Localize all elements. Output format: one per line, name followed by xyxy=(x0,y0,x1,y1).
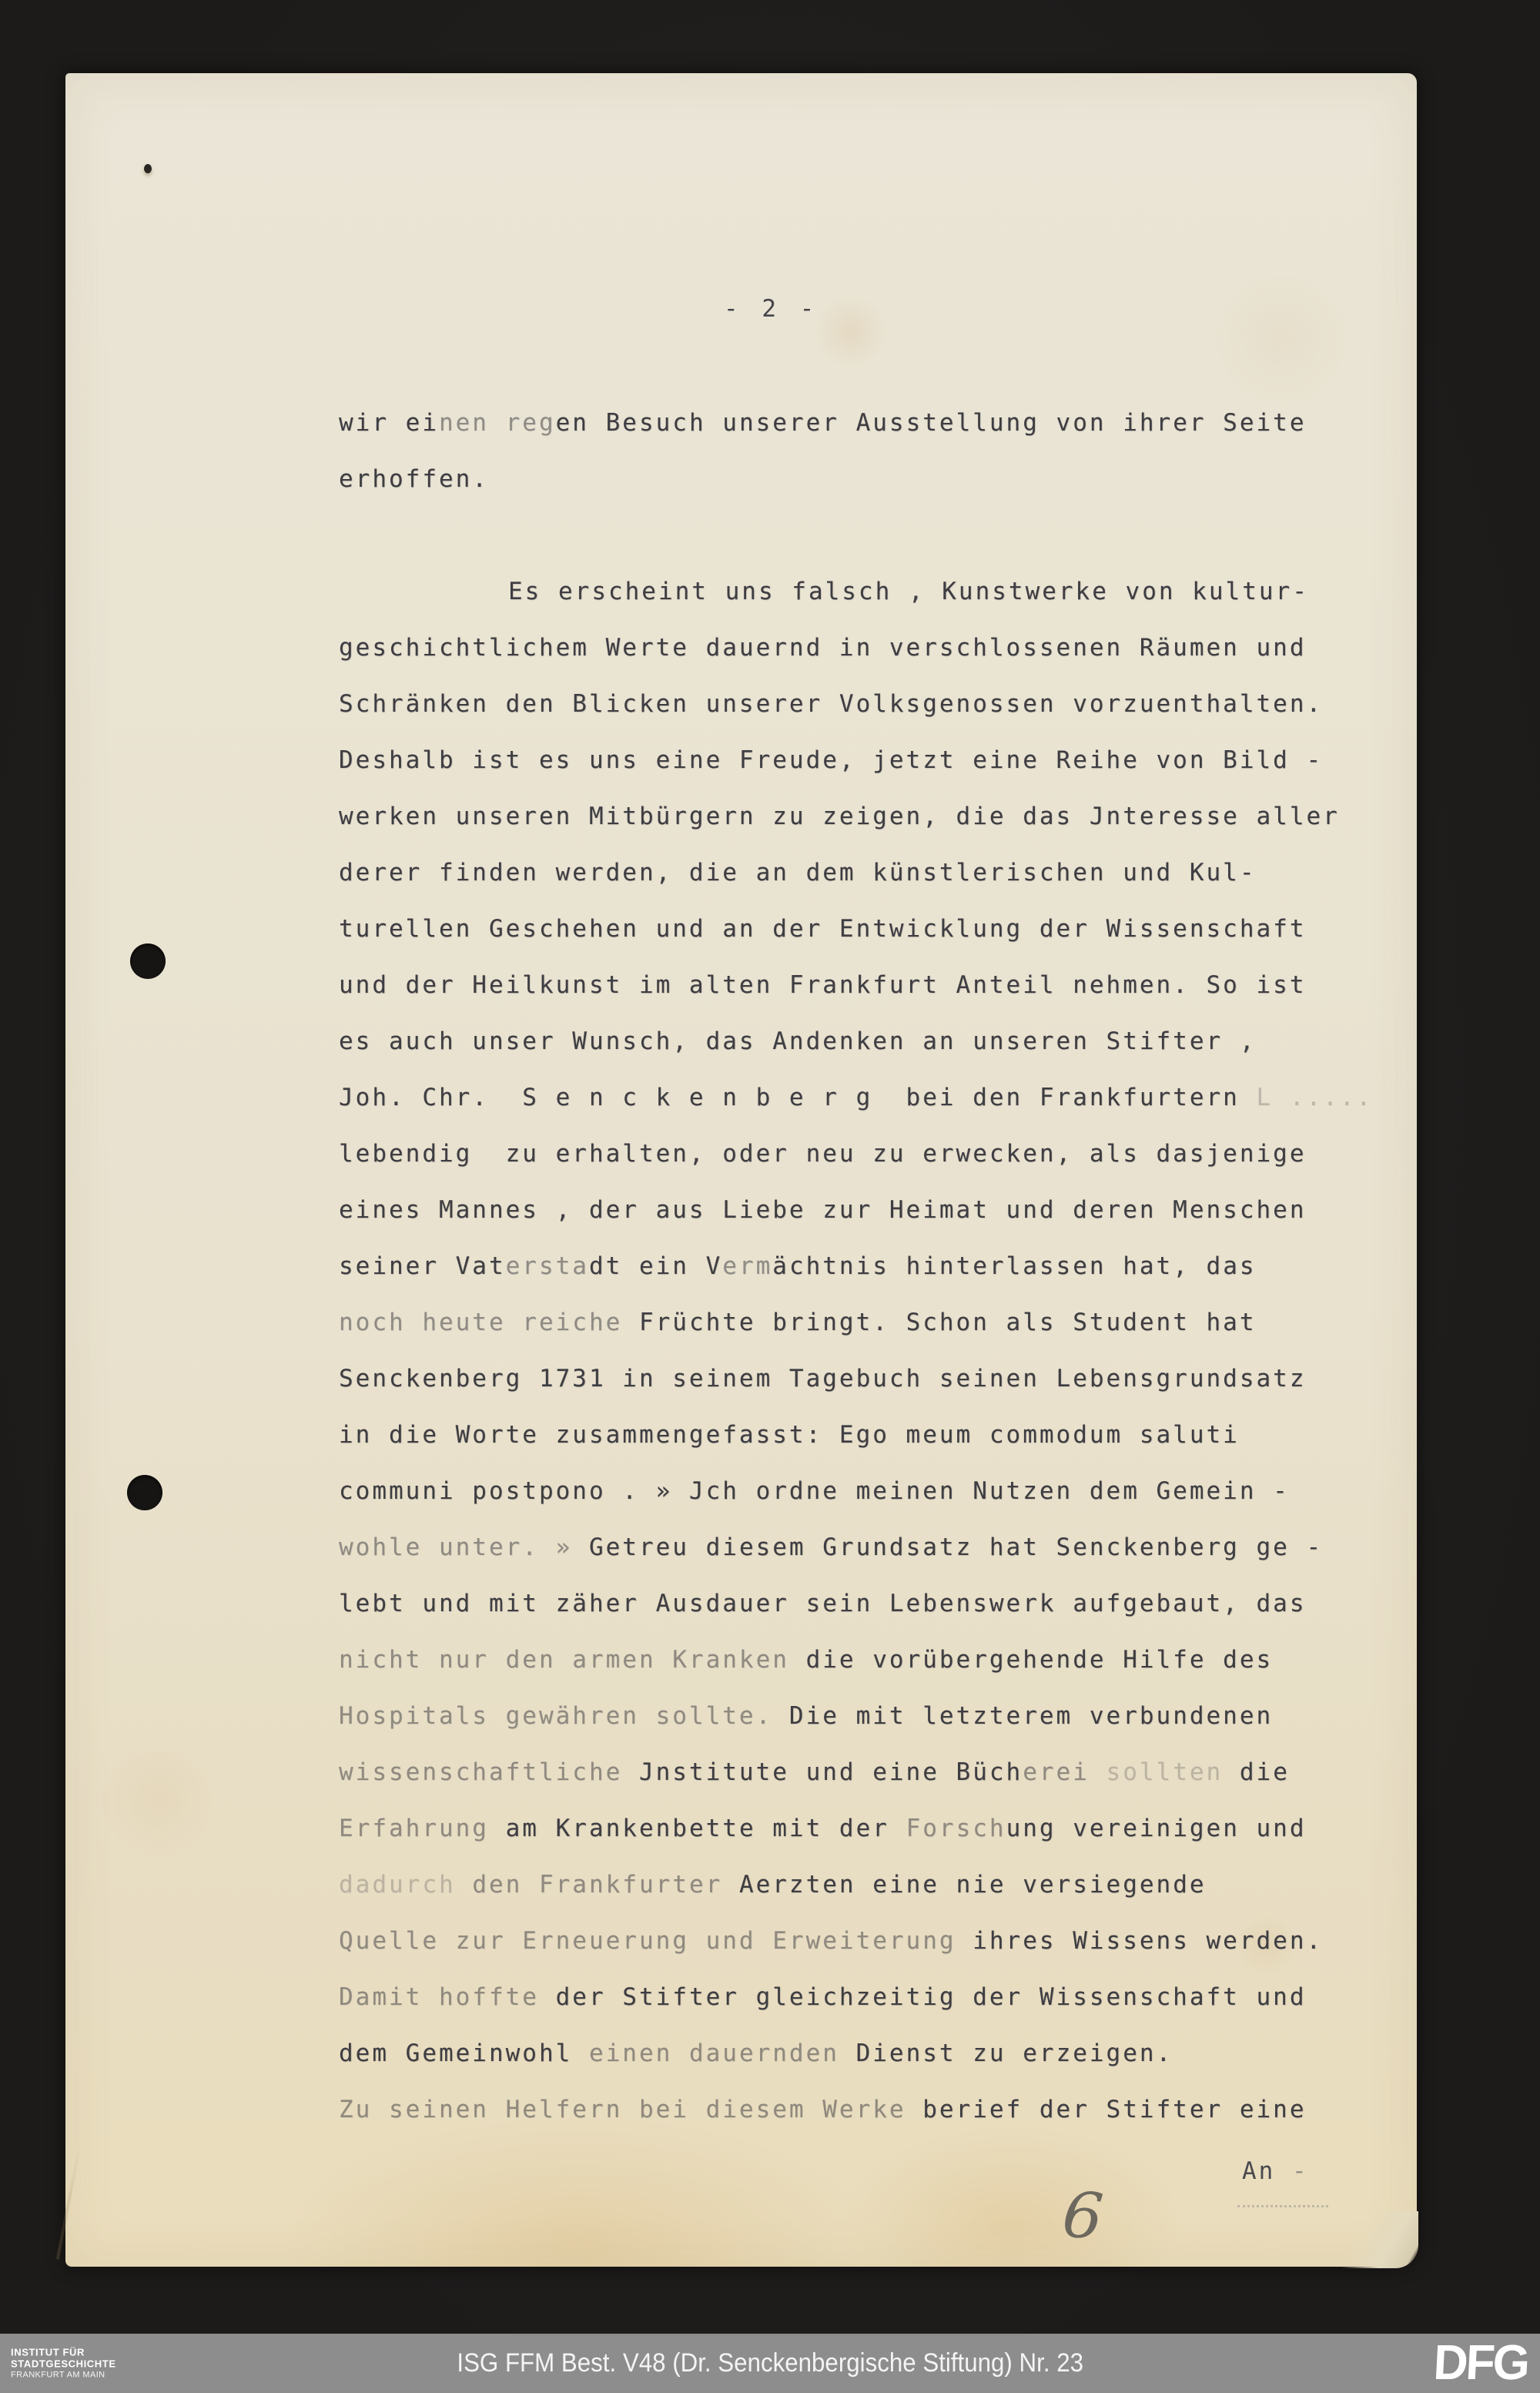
text-segment: Dienst zu erzeigen. xyxy=(839,2039,1173,2067)
catchword-dash: - xyxy=(1275,2157,1308,2185)
archive-reference: ISG FFM Best. V48 (Dr. Senckenbergische … xyxy=(457,2348,1083,2378)
text-segment: werken unseren Mitbürgern zu zeigen, die… xyxy=(339,803,1340,830)
catchword-erased-line xyxy=(1237,2205,1328,2207)
text-segment: in die Worte zusammengefasst: Ego meum c… xyxy=(339,1421,1240,1449)
text-segment: sollten xyxy=(1106,1758,1224,1786)
text-segment: dadurch xyxy=(339,1871,456,1899)
text-segment: Aerzten eine nie versiegende xyxy=(722,1871,1206,1899)
text-segment: Deshalb ist es uns eine Freude, jetzt ei… xyxy=(339,746,1323,774)
text-line: erhoffen. xyxy=(339,451,1432,508)
text-line: dadurch den Frankfurter Aerzten eine nie… xyxy=(339,1857,1432,1913)
text-segment: Senckenberg 1731 in seinem Tagebuch sein… xyxy=(339,1365,1307,1393)
text-line: in die Worte zusammengefasst: Ego meum c… xyxy=(339,1407,1432,1463)
text-segment: Die mit letzterem verbundenen xyxy=(772,1702,1273,1730)
text-segment: Erfahrung xyxy=(339,1815,489,1842)
text-segment: eines Mannes , der aus Liebe zur Heimat … xyxy=(339,1196,1307,1224)
text-line: derer finden werden, die an dem künstler… xyxy=(339,845,1432,901)
handwritten-page-number: 6 xyxy=(1060,2178,1106,2254)
text-line: communi postpono . » Jch ordne meinen Nu… xyxy=(339,1463,1432,1520)
text-line: eines Mannes , der aus Liebe zur Heimat … xyxy=(339,1182,1432,1238)
text-segment: Schränken den Blicken unserer Volksgenos… xyxy=(339,690,1323,718)
text-segment: erei xyxy=(1023,1758,1106,1786)
text-segment: dt ein V xyxy=(589,1252,722,1280)
text-line: Zu seinen Helfern bei diesem Werke berie… xyxy=(339,2082,1432,2138)
catchword-an: An - xyxy=(1242,2157,1309,2185)
text-segment: lebendig zu erhalten, oder neu zu erweck… xyxy=(339,1140,1307,1168)
text-segment: lebt und mit zäher Ausdauer sein Lebensw… xyxy=(339,1590,1307,1617)
text-segment: es auch unser Wunsch, das Andenken an un… xyxy=(339,1027,1257,1055)
catchword-text: An xyxy=(1242,2157,1275,2185)
blank-line xyxy=(339,508,1432,564)
text-line: Damit hoffte der Stifter gleichzeitig de… xyxy=(339,1969,1432,2026)
text-segment: erhoffen. xyxy=(339,465,489,493)
document-page: - 2 - wir einen regen Besuch unserer Aus… xyxy=(65,73,1417,2267)
text-segment: geschichtlichem Werte dauernd in verschl… xyxy=(339,634,1307,662)
text-segment: Getreu diesem Grundsatz hat Senckenberg … xyxy=(589,1533,1323,1561)
text-segment: den Frankfurter xyxy=(456,1871,723,1899)
text-segment: die xyxy=(1223,1758,1290,1786)
text-line: lebendig zu erhalten, oder neu zu erweck… xyxy=(339,1126,1432,1182)
text-segment: und der Heilkunst im alten Frankfurt Ant… xyxy=(339,971,1307,999)
punch-hole-bottom xyxy=(127,1475,162,1510)
text-segment: nen reg xyxy=(439,409,556,437)
text-segment: Früchte bringt. Schon als Student hat xyxy=(639,1309,1257,1336)
text-line: Joh. Chr. S e n c k e n b e r g bei den … xyxy=(339,1070,1432,1126)
text-segment: Forsch xyxy=(906,1815,1006,1842)
text-line: lebt und mit zäher Ausdauer sein Lebensw… xyxy=(339,1576,1432,1632)
text-segment: wohle unter. » xyxy=(339,1533,589,1561)
typewritten-text: wir einen regen Besuch unserer Ausstellu… xyxy=(339,395,1432,2138)
text-segment: die vorübergehende Hilfe des xyxy=(789,1646,1273,1674)
text-line: werken unseren Mitbürgern zu zeigen, die… xyxy=(339,789,1432,845)
text-segment: Quelle zur Erneuerung und Erweiterung xyxy=(339,1927,956,1955)
text-line: wohle unter. » Getreu diesem Grundsatz h… xyxy=(339,1520,1432,1576)
text-segment: derer finden werden, die an dem künstler… xyxy=(339,859,1257,886)
text-segment: ächtnis hinterlassen hat, das xyxy=(772,1252,1256,1280)
text-segment: einen dauernden xyxy=(589,2039,839,2067)
text-line: Schränken den Blicken unserer Volksgenos… xyxy=(339,676,1432,732)
text-line: turellen Geschehen und an der Entwicklun… xyxy=(339,901,1432,957)
text-line: Es erscheint uns falsch , Kunstwerke von… xyxy=(339,564,1432,620)
text-line: nicht nur den armen Kranken die vorüberg… xyxy=(339,1632,1432,1688)
punch-hole-top xyxy=(130,943,166,979)
text-segment: noch heute reiche xyxy=(339,1309,639,1336)
text-segment: Damit hoffte xyxy=(339,1983,539,2011)
text-line: es auch unser Wunsch, das Andenken an un… xyxy=(339,1014,1432,1070)
text-segment: ersta xyxy=(506,1252,589,1280)
text-segment: dem Gemeinwohl xyxy=(339,2039,589,2067)
text-segment: en Besuch unserer Ausstellung von ihrer … xyxy=(556,409,1307,437)
text-line: und der Heilkunst im alten Frankfurt Ant… xyxy=(339,957,1432,1014)
archive-reference-wrap: ISG FFM Best. V48 (Dr. Senckenbergische … xyxy=(0,2334,1540,2393)
text-segment: Es erscheint uns falsch , Kunstwerke von… xyxy=(508,578,1309,605)
text-segment: L ..... xyxy=(1257,1084,1374,1111)
text-line: seiner Vaterstadt ein Vermächtnis hinter… xyxy=(339,1238,1432,1295)
text-segment: Joh. Chr. S e n c k e n b e r g bei den … xyxy=(339,1084,1257,1111)
text-segment: am Krankenbette mit der xyxy=(489,1815,906,1842)
text-segment: Hospitals gewähren sollte. xyxy=(339,1702,772,1730)
text-line: Quelle zur Erneuerung und Erweiterung ih… xyxy=(339,1913,1432,1969)
text-segment: der Stifter gleichzeitig der Wissenschaf… xyxy=(539,1983,1307,2011)
text-segment: nicht nur den armen Kranken xyxy=(339,1646,789,1674)
text-segment: Jnstitute und eine Büch xyxy=(622,1758,1023,1786)
text-segment: Zu seinen Helfern bei diesem Werke xyxy=(339,2096,906,2123)
pinhole-mark xyxy=(144,164,152,173)
text-line: dem Gemeinwohl einen dauernden Dienst zu… xyxy=(339,2026,1432,2082)
page-number: - 2 - xyxy=(724,295,819,323)
text-line: Erfahrung am Krankenbette mit der Forsch… xyxy=(339,1801,1432,1857)
text-line: wir einen regen Besuch unserer Ausstellu… xyxy=(339,395,1432,451)
dfg-logo: DFG xyxy=(1432,2333,1529,2390)
text-line: Deshalb ist es uns eine Freude, jetzt ei… xyxy=(339,732,1432,789)
text-segment: ung vereinigen und xyxy=(1006,1815,1307,1842)
bottom-right-fold xyxy=(1326,2211,1418,2268)
text-segment: ihres Wissens werden. xyxy=(956,1927,1324,1955)
text-line: geschichtlichem Werte dauernd in verschl… xyxy=(339,620,1432,676)
footer-bar: INSTITUT FÜR STADTGESCHICHTE FRANKFURT A… xyxy=(0,2334,1540,2393)
text-segment: berief der Stifter eine xyxy=(906,2096,1307,2123)
text-line: Hospitals gewähren sollte. Die mit letzt… xyxy=(339,1688,1432,1744)
text-segment: seiner Vat xyxy=(339,1252,506,1280)
text-segment: wir ei xyxy=(339,409,439,437)
text-segment: communi postpono . » Jch ordne meinen Nu… xyxy=(339,1477,1290,1505)
text-segment: turellen Geschehen und an der Entwicklun… xyxy=(339,915,1307,943)
text-line: Senckenberg 1731 in seinem Tagebuch sein… xyxy=(339,1351,1432,1407)
text-line: noch heute reiche Früchte bringt. Schon … xyxy=(339,1295,1432,1351)
text-line: wissenschaftliche Jnstitute und eine Büc… xyxy=(339,1744,1432,1801)
scan-background: { "page": { "page_number": "- 2 -", "han… xyxy=(0,0,1540,2393)
bottom-left-crease xyxy=(56,2146,82,2260)
text-segment: wissenschaftliche xyxy=(339,1758,622,1786)
text-segment: erm xyxy=(722,1252,772,1280)
